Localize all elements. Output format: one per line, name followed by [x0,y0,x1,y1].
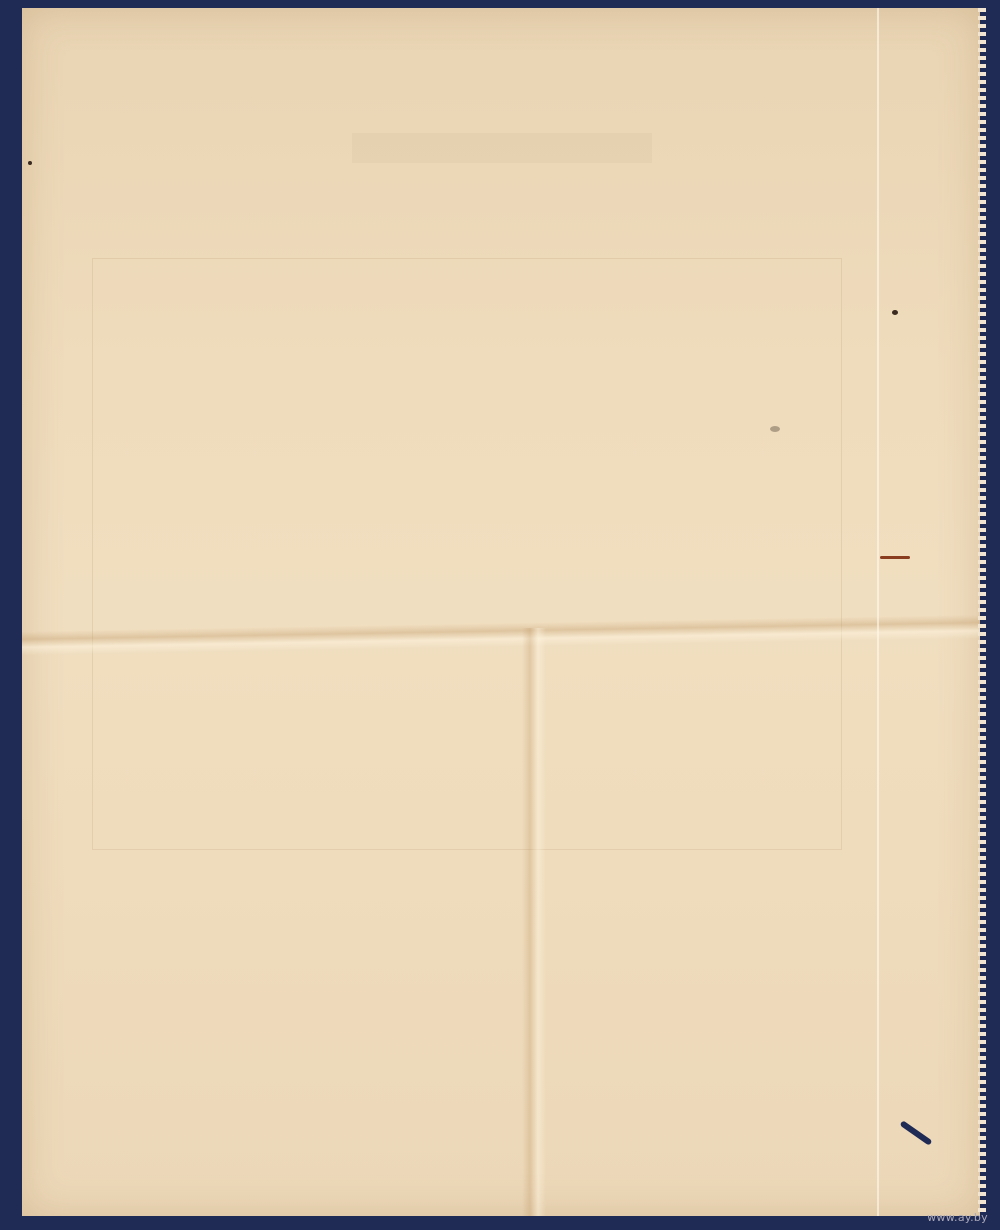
tear-mark [900,1120,933,1146]
faint-mark [770,426,780,432]
faded-frame-showthrough [92,258,842,850]
rust-stain [880,556,910,559]
hole-spot [892,310,898,315]
document-paper [22,8,980,1216]
ink-spot [28,161,32,165]
vertical-fold-crease [522,628,546,1216]
faded-heading-showthrough [352,133,652,163]
watermark: www.ay.by [927,1211,988,1224]
perforation-line [877,8,879,1216]
